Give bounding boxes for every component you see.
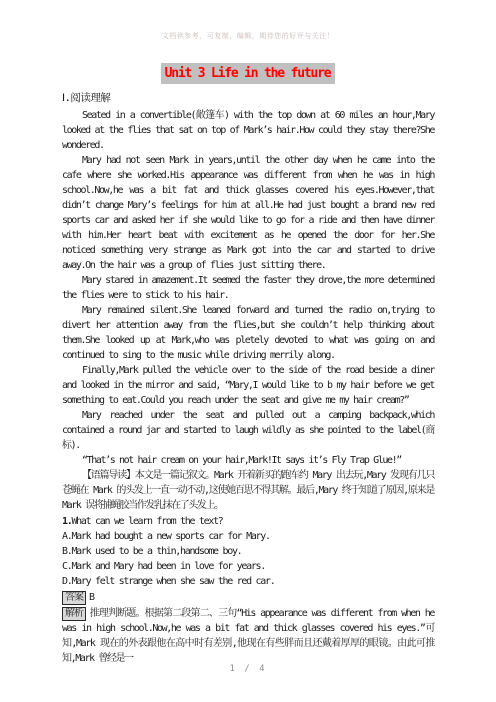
- question-text: What can we learn from the text?: [71, 516, 222, 527]
- question-option-b: B.Mark used to be a thin,handsome boy.: [62, 544, 434, 559]
- passage-paragraph: Mary had not seen Mark in years,until th…: [62, 153, 434, 273]
- document-content: Ⅰ.阅读理解 Seated in a convertible(敞篷车) with…: [62, 90, 434, 666]
- passage-paragraph: Finally,Mark pulled the vehicle over to …: [62, 363, 434, 408]
- page-title: Unit 3 Life in the future: [161, 63, 336, 84]
- passage-paragraph: “That’s not hair cream on your hair,Mark…: [62, 453, 434, 468]
- analysis-row: 解析推理判断题。根据第二段第二、三句“His appearance was di…: [62, 606, 434, 666]
- question-option-a: A.Mark had bought a new sports car for M…: [62, 529, 434, 544]
- answer-label-badge: 答案: [62, 591, 86, 605]
- question-option-c: C.Mark and Mary had been in love for yea…: [62, 559, 434, 574]
- section-heading-reading-comprehension: Ⅰ.阅读理解: [62, 90, 434, 105]
- document-page: 文档供参考，可复制、编辑，期待您的好评与关注！ Unit 3 Life in t…: [0, 0, 496, 702]
- question-stem: 1.What can we learn from the text?: [62, 514, 434, 529]
- passage-paragraph: Seated in a convertible(敞篷车) with the to…: [62, 108, 434, 153]
- page-number: 1 / 4: [0, 664, 496, 674]
- answer-row: 答案B: [62, 590, 434, 605]
- passage-guide-note: 【语篇导读】本文是一篇记叙文。Mark 开着新买的跑车约 Mary 出去玩,Ma…: [62, 468, 434, 513]
- question-1-block: 1.What can we learn from the text? A.Mar…: [62, 514, 434, 666]
- answer-value: B: [89, 592, 94, 603]
- reading-passage: Seated in a convertible(敞篷车) with the to…: [62, 108, 434, 468]
- analysis-text: 推理判断题。根据第二段第二、三句“His appearance was diff…: [62, 608, 434, 664]
- passage-paragraph: Mary remained silent.She leaned forward …: [62, 303, 434, 363]
- question-option-d: D.Mary felt strange when she saw the red…: [62, 574, 434, 589]
- title-row: Unit 3 Life in the future: [0, 62, 496, 84]
- passage-paragraph: Mary stared in amazement.It seemed the f…: [62, 273, 434, 303]
- analysis-label-badge: 解析: [62, 607, 86, 621]
- header-disclaimer: 文档供参考，可复制、编辑，期待您的好评与关注！: [0, 31, 496, 41]
- passage-paragraph: Mary reached under the seat and pulled o…: [62, 408, 434, 453]
